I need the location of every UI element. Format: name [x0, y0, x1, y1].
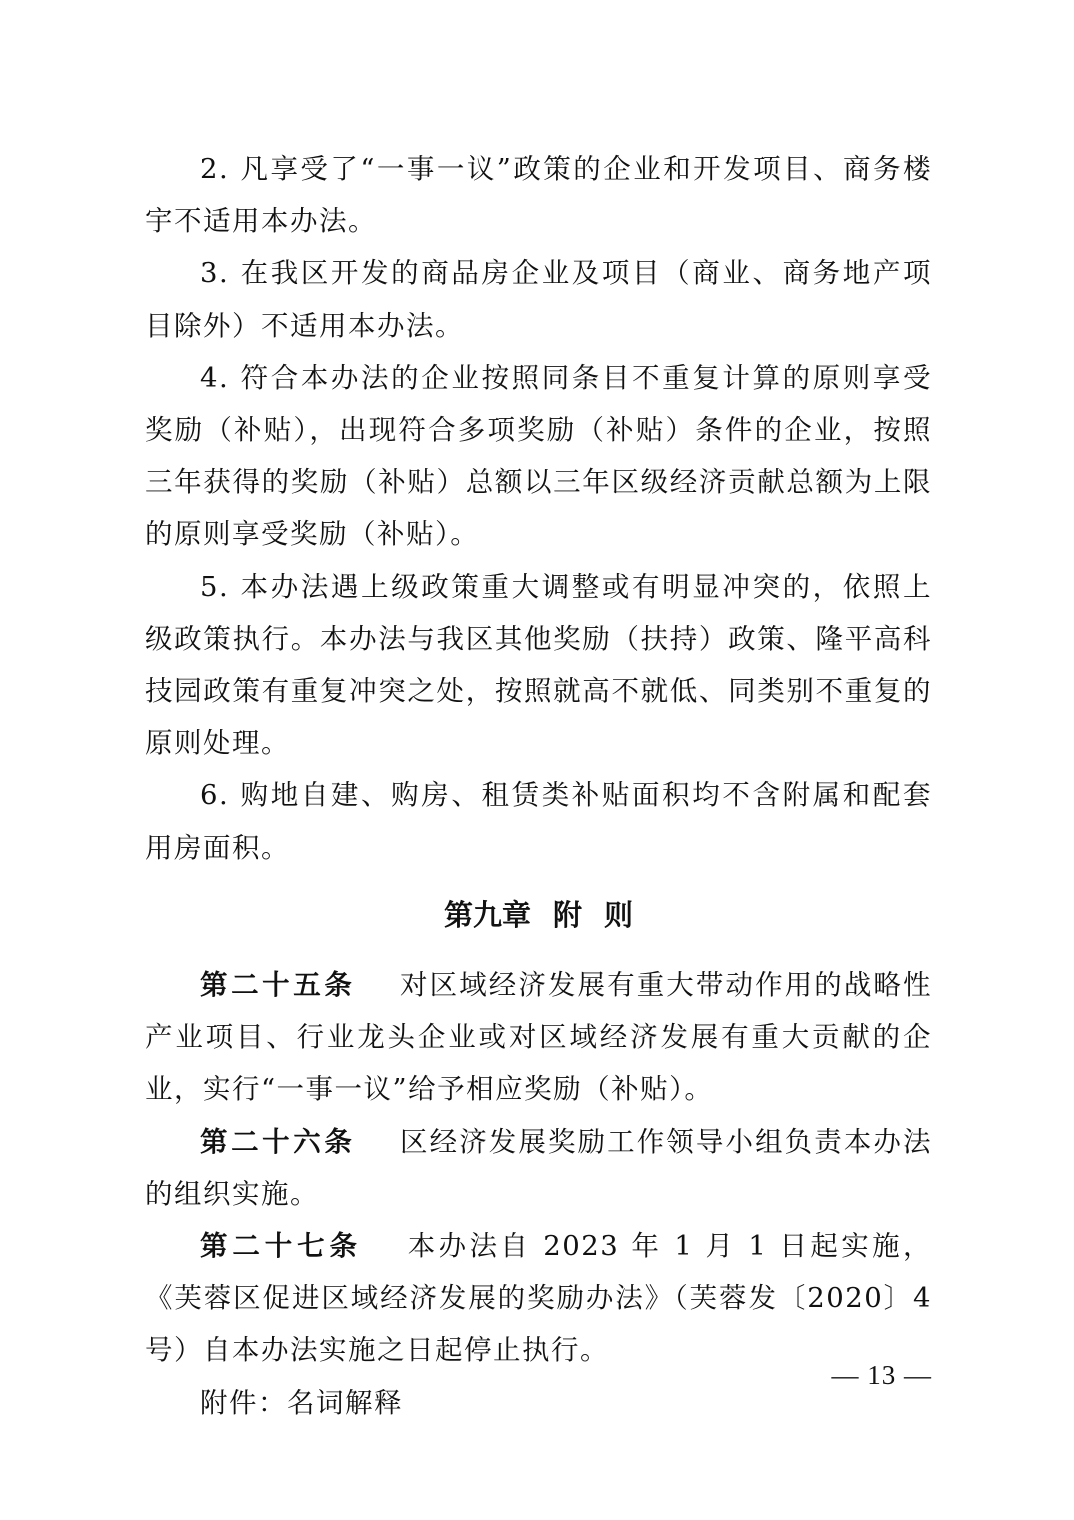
item-text: 本办法遇上级政策重大调整或有明显冲突的，依照上级政策执行。本办法与我区其他奖励（… — [145, 571, 932, 760]
item-text: 符合本办法的企业按照同条目不重复计算的原则享受奖励（补贴），出现符合多项奖励（补… — [145, 362, 932, 551]
item-number: 5. — [200, 571, 229, 603]
article-label: 第二十六条 — [200, 1126, 355, 1158]
chapter-title-part2: 则 — [604, 898, 633, 932]
item-text: 购地自建、购房、租赁类补贴面积均不含附属和配套用房面积。 — [145, 779, 932, 863]
list-item-4: 4. 符合本办法的企业按照同条目不重复计算的原则享受奖励（补贴），出现符合多项奖… — [145, 352, 932, 561]
article-25: 第二十五条对区域经济发展有重大带动作用的战略性产业项目、行业龙头企业或对区域经济… — [145, 959, 932, 1116]
chapter-title-part1: 附 — [553, 898, 582, 932]
item-number: 4. — [200, 362, 229, 394]
item-number: 6. — [200, 779, 229, 811]
item-text: 在我区开发的商品房企业及项目（商业、商务地产项目除外）不适用本办法。 — [145, 257, 932, 341]
chapter-heading: 第九章附则 — [145, 874, 932, 959]
list-item-6: 6. 购地自建、购房、租赁类补贴面积均不含附属和配套用房面积。 — [145, 769, 932, 873]
list-item-5: 5. 本办法遇上级政策重大调整或有明显冲突的，依照上级政策执行。本办法与我区其他… — [145, 561, 932, 770]
list-item-3: 3. 在我区开发的商品房企业及项目（商业、商务地产项目除外）不适用本办法。 — [145, 247, 932, 351]
item-number: 3. — [200, 257, 229, 289]
article-label: 第二十五条 — [200, 969, 355, 1001]
chapter-number: 第九章 — [444, 898, 531, 932]
article-26: 第二十六条区经济发展奖励工作领导小组负责本办法的组织实施。 — [145, 1116, 932, 1220]
attachment-note: 附件：名词解释 — [145, 1377, 932, 1429]
list-item-2: 2. 凡享受了“一事一议”政策的企业和开发项目、商务楼宇不适用本办法。 — [145, 143, 932, 247]
document-body: 2. 凡享受了“一事一议”政策的企业和开发项目、商务楼宇不适用本办法。 3. 在… — [145, 143, 932, 1429]
item-number: 2. — [200, 153, 229, 185]
item-text: 凡享受了“一事一议”政策的企业和开发项目、商务楼宇不适用本办法。 — [145, 153, 932, 237]
article-label: 第二十七条 — [200, 1230, 362, 1262]
page-number: — 13 — — [832, 1360, 933, 1391]
article-27: 第二十七条本办法自 2023 年 1 月 1 日起实施，《芙蓉区促进区域经济发展… — [145, 1220, 932, 1377]
document-page: 2. 凡享受了“一事一议”政策的企业和开发项目、商务楼宇不适用本办法。 3. 在… — [0, 0, 1074, 1520]
